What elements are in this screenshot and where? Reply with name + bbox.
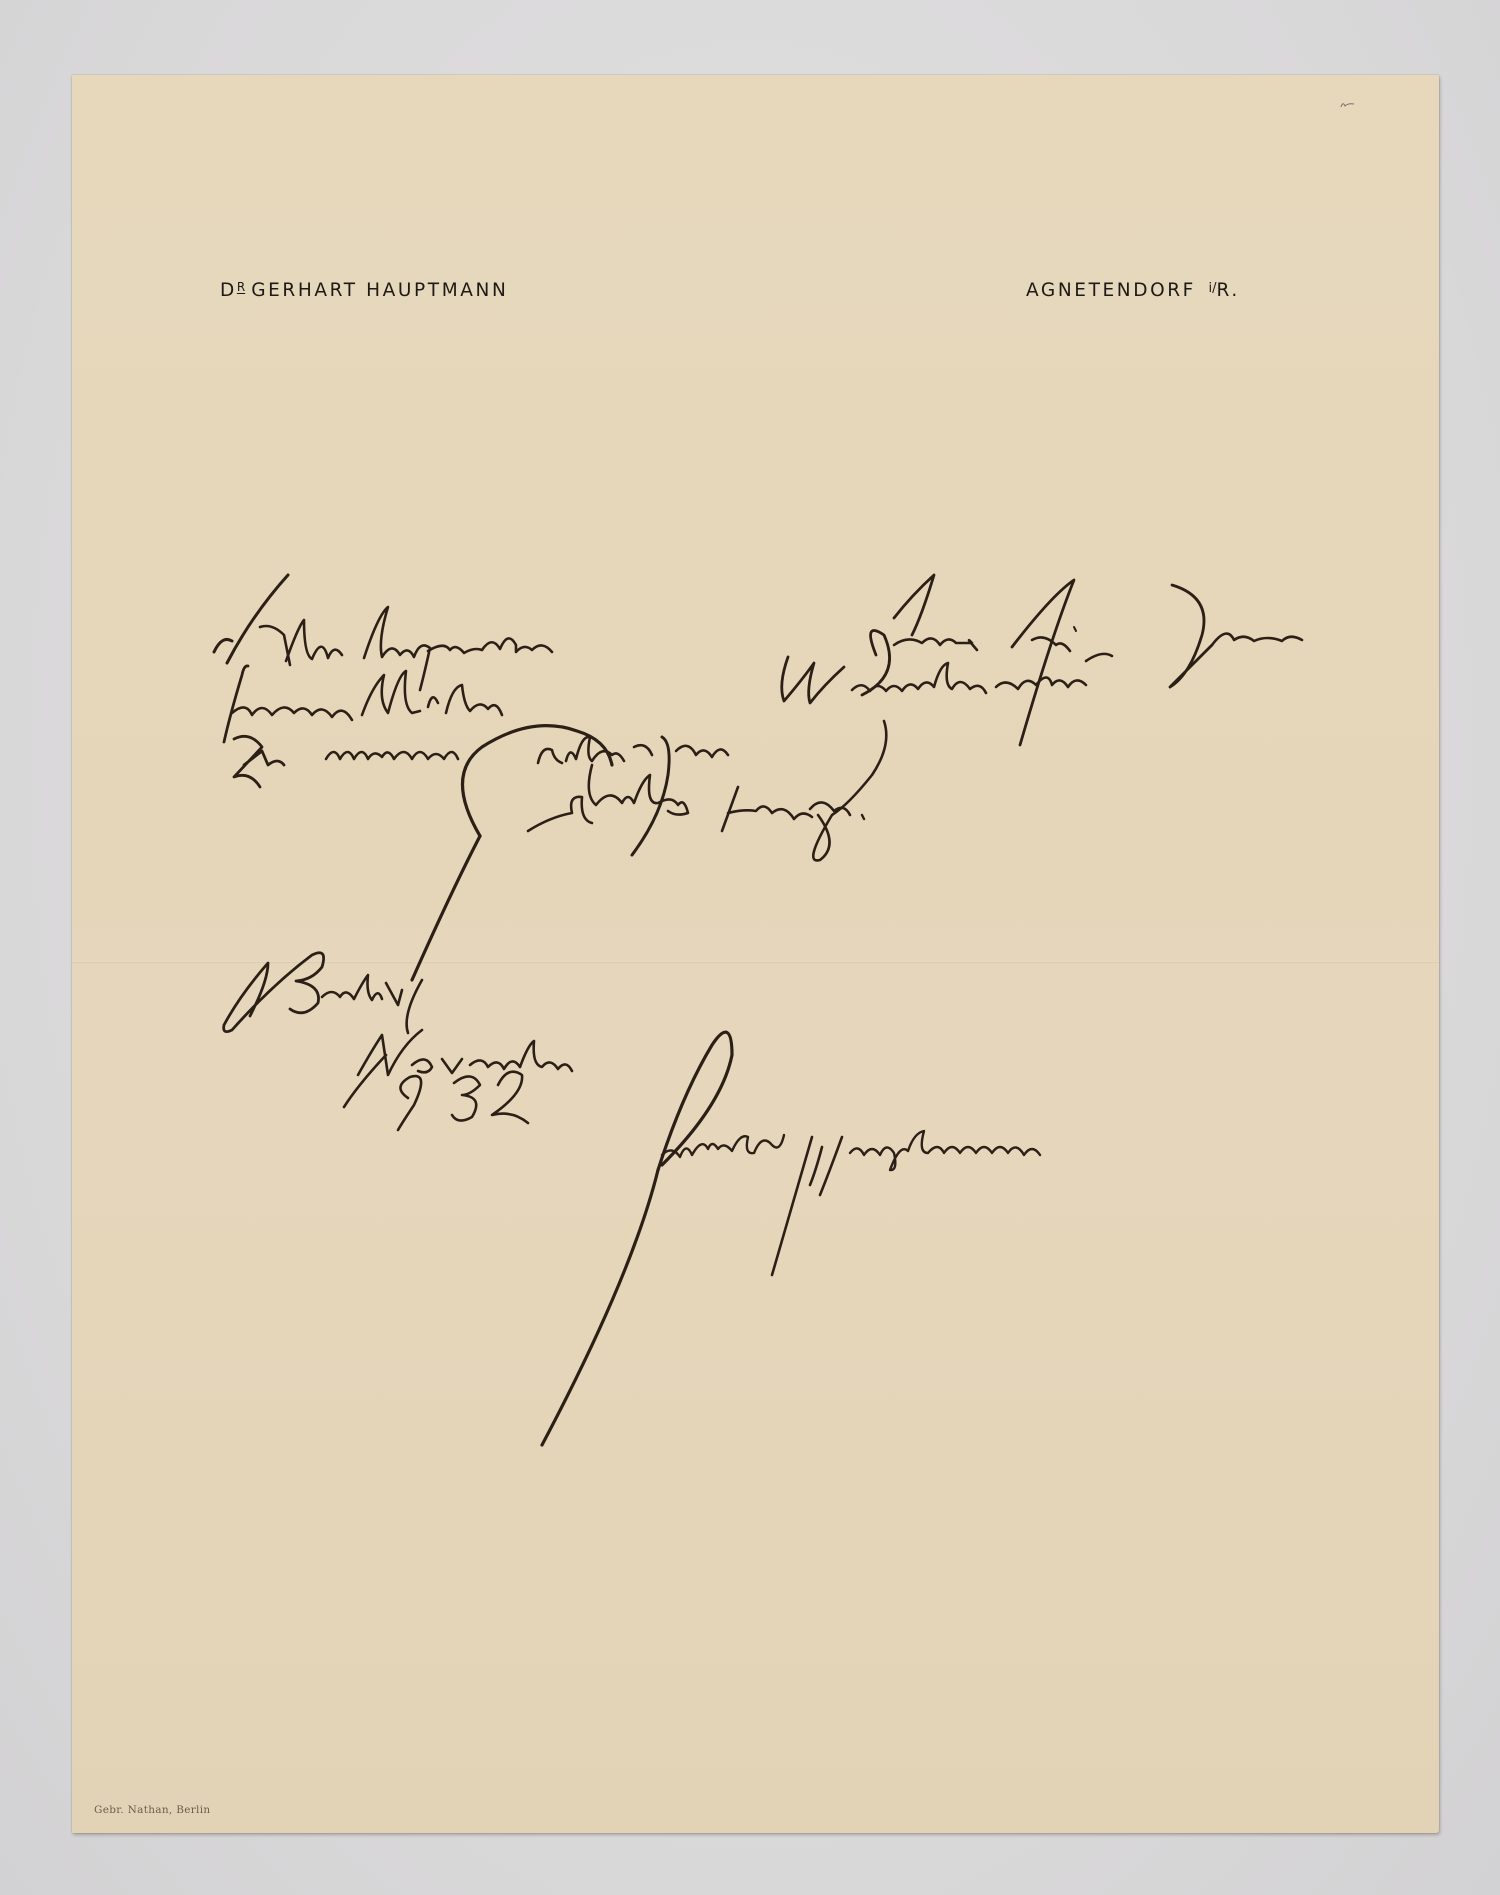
letterhead-place-suffix: i/ <box>1204 281 1216 296</box>
letterhead-place-text: AGNETENDORF <box>1026 280 1196 301</box>
letterhead-title: DR <box>220 280 251 301</box>
pencil-mark <box>1340 100 1356 108</box>
letter-sheet: n DRGERHART HAUPTMANN AGNETENDORF i/R. <box>72 75 1439 1833</box>
letterhead-name-text: GERHART HAUPTMANN <box>251 280 508 301</box>
letterhead-title-superscript: R <box>237 280 245 294</box>
handwritten-line-2 <box>224 657 1086 742</box>
body-line-1: Allerbesten Dank für Ihre <box>72 75 73 76</box>
handwritten-dateline <box>224 953 572 1130</box>
letterhead-place-r: R. <box>1217 280 1240 301</box>
handwritten-signature <box>542 1032 1040 1445</box>
letterhead-place: AGNETENDORF i/R. <box>1026 280 1240 301</box>
handwritten-line-1 <box>214 575 1302 745</box>
handwritten-line-4 <box>412 721 886 980</box>
printer-imprint: Gebr. Nathan, Berlin <box>94 1804 210 1816</box>
letterhead-name: DRGERHART HAUPTMANN <box>220 280 508 301</box>
pencil-mark-text: n <box>72 75 73 76</box>
fold-crease <box>72 961 1439 964</box>
handwriting-layer <box>72 75 1439 1833</box>
handwritten-line-3 <box>234 736 728 855</box>
letter-transcription: Allerbesten Dank für Ihre freundlichen W… <box>72 75 73 76</box>
